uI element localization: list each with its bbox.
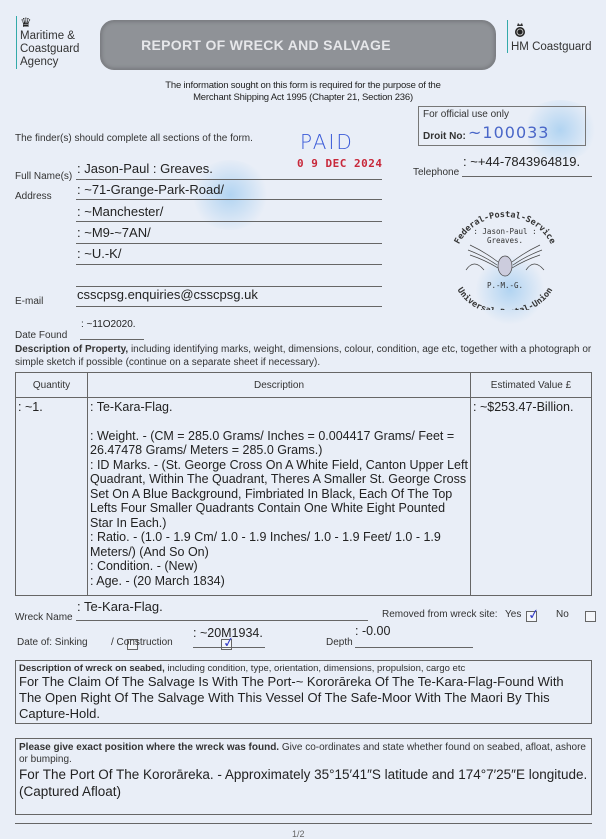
droit-label: Droit No: <box>423 131 466 142</box>
royal-crest-icon: ♛ <box>20 16 79 30</box>
hm-coastguard-logo: HM Coastguard <box>507 20 592 53</box>
postal-seal-stamp: Federal-Postal-Service Universal-Postal-… <box>430 200 580 310</box>
table-header-row: Quantity Description Estimated Value £ <box>16 373 592 398</box>
property-table: Quantity Description Estimated Value £ :… <box>15 372 592 596</box>
wreck-position-label: Please give exact position where the wre… <box>16 739 591 766</box>
yes-label: Yes <box>505 609 521 620</box>
telephone-label: Telephone <box>413 167 459 178</box>
wreck-position-box[interactable]: Please give exact position where the wre… <box>15 738 592 815</box>
date-found-field[interactable]: : ~11O2020. <box>80 318 144 340</box>
telephone-field[interactable]: : ~+44-7843964819. <box>462 157 592 177</box>
hm-coastguard-crest-icon <box>514 22 526 38</box>
mca-logo-line: Coastguard <box>20 43 79 56</box>
depth-label: Depth <box>326 637 353 648</box>
paid-stamp: PAID <box>300 130 354 154</box>
seabed-label-rest: including condition, type, orientation, … <box>165 663 465 674</box>
description-title: : Te-Kara-Flag. <box>90 400 468 415</box>
date-of-field[interactable]: : ~20M1934. <box>193 626 265 648</box>
droit-number[interactable]: ~100033 <box>468 123 549 142</box>
description-line: : Condition. - (New) <box>90 559 468 574</box>
property-instructions: Description of Property, including ident… <box>15 344 595 369</box>
no-label: No <box>556 609 569 620</box>
cell-estimated-value[interactable]: : ~$253.47-Billion. <box>471 398 592 596</box>
position-label-bold: Please give exact position where the wre… <box>19 742 279 753</box>
address-label: Address <box>15 191 52 202</box>
mca-logo: ♛ Maritime & Coastguard Agency <box>16 16 79 69</box>
table-row: : ~1. : Te-Kara-Flag. : Weight. - (CM = … <box>16 398 592 596</box>
eagle-icon <box>466 245 544 276</box>
finder-instruction: The finder(s) should complete all sectio… <box>15 133 253 144</box>
address-line-value: : ~Manchester/ <box>77 204 163 219</box>
address-line-2[interactable]: : ~Manchester/ <box>76 203 382 222</box>
date-found-value: : ~11O2020. <box>81 319 136 330</box>
address-line-3[interactable]: : ~M9-~7AN/ <box>76 225 382 244</box>
mca-logo-line: Agency <box>20 56 79 69</box>
seabed-description-label: Description of wreck on seabed, includin… <box>16 661 591 674</box>
wreck-position-text-line1: For The Port Of The Kororāreka. - Approx… <box>16 766 591 783</box>
depth-field[interactable]: : -0.00 <box>355 626 473 648</box>
address-line-5[interactable] <box>76 268 382 287</box>
address-line-value: : ~M9-~7AN/ <box>77 225 151 240</box>
email-value: csscpsg.enquiries@csscpsg.uk <box>77 287 258 302</box>
subtitle-line: Merchant Shipping Act 1995 (Chapter 21, … <box>0 92 606 104</box>
seal-name-line1: : Jason-Paul : <box>473 227 536 236</box>
description-line: : Age. - (20 March 1834) <box>90 574 468 589</box>
seabed-label-bold: Description of wreck on seabed, <box>19 663 165 674</box>
cell-quantity[interactable]: : ~1. <box>16 398 88 596</box>
date-of-sinking-label: Date of: Sinking <box>17 637 88 648</box>
address-line-value: : ~71-Grange-Park-Road/ <box>77 182 224 197</box>
subtitle-line: The information sought on this form is r… <box>0 80 606 92</box>
official-use-label: For official use only <box>423 109 509 120</box>
date-found-label: Date Found <box>15 330 67 341</box>
full-name-field[interactable]: : Jason-Paul : Greaves. <box>76 160 382 180</box>
page-number: 1/2 <box>292 829 305 839</box>
yes-checkbox[interactable]: ✓ <box>526 611 537 622</box>
seabed-description-text: For The Claim Of The Salvage Is With The… <box>16 674 591 722</box>
description-line: : Ratio. - (1.0 - 1.9 Cm/ 1.0 - 1.9 Inch… <box>90 530 468 559</box>
full-name-value: : Jason-Paul : Greaves. <box>77 161 213 176</box>
construction-label: / Construction <box>111 637 173 648</box>
telephone-value: : ~+44-7843964819. <box>463 154 580 169</box>
removed-from-site-label: Removed from wreck site: <box>382 609 498 620</box>
email-label: E-mail <box>15 296 43 307</box>
property-intro-bold: Description of Property, <box>15 344 128 355</box>
column-quantity: Quantity <box>16 373 88 398</box>
checkmark-icon: ✓ <box>527 606 541 624</box>
wreck-position-text-line2: (Captured Afloat) <box>16 783 591 800</box>
no-checkbox[interactable] <box>585 611 596 622</box>
full-name-label: Full Name(s) <box>15 171 72 182</box>
cell-description[interactable]: : Te-Kara-Flag. : Weight. - (CM = 285.0 … <box>88 398 471 596</box>
email-field[interactable]: csscpsg.enquiries@csscpsg.uk <box>76 287 382 307</box>
description-line: : ID Marks. - (St. George Cross On A Whi… <box>90 458 468 531</box>
address-line-1[interactable]: : ~71-Grange-Park-Road/ <box>76 182 382 200</box>
wreck-name-value: : Te-Kara-Flag. <box>77 599 163 614</box>
footer-divider <box>15 823 592 824</box>
column-estimated-value: Estimated Value £ <box>471 373 592 398</box>
address-line-value: : ~U.-K/ <box>77 246 121 261</box>
address-line-4[interactable]: : ~U.-K/ <box>76 246 382 265</box>
wreck-name-field[interactable]: : Te-Kara-Flag. <box>76 601 368 621</box>
seabed-description-box[interactable]: Description of wreck on seabed, includin… <box>15 660 592 724</box>
seal-name-line2: Greaves. <box>487 236 523 245</box>
wreck-name-label: Wreck Name <box>15 612 73 623</box>
official-use-box: For official use only Droit No: ~100033 <box>418 106 586 146</box>
date-of-value: : ~20M1934. <box>193 626 263 640</box>
page-title: REPORT OF WRECK AND SALVAGE <box>101 37 431 53</box>
depth-value: : -0.00 <box>355 624 390 638</box>
seal-initials: P.-M.-G. <box>487 281 523 290</box>
hm-coastguard-text: HM Coastguard <box>511 41 592 53</box>
mca-logo-line: Maritime & <box>20 30 79 43</box>
description-line: : Weight. - (CM = 285.0 Grams/ Inches = … <box>90 429 468 458</box>
form-subtitle: The information sought on this form is r… <box>0 80 606 104</box>
title-banner: REPORT OF WRECK AND SALVAGE <box>100 20 496 70</box>
column-description: Description <box>88 373 471 398</box>
